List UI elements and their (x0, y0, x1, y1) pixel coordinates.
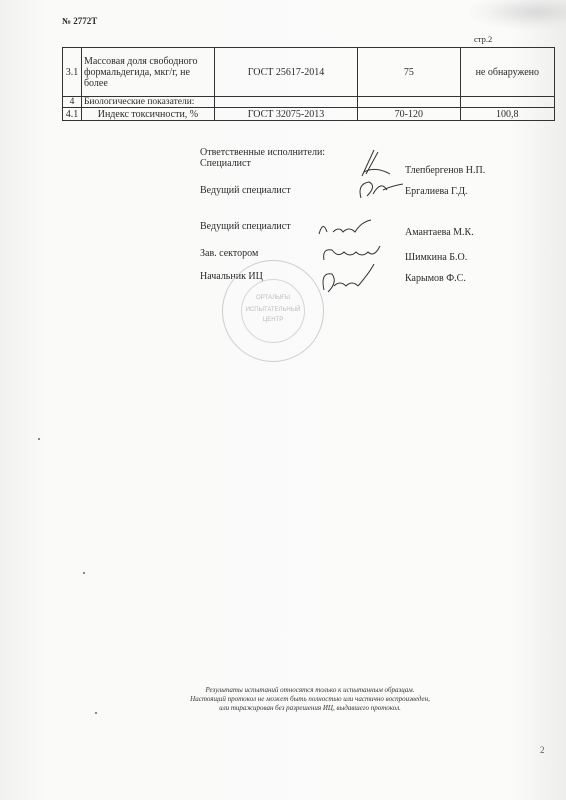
test-method: ГОСТ 25617-2014 (214, 48, 357, 97)
role-specialist: Специалист (200, 158, 251, 169)
test-method (214, 97, 357, 108)
norm-value: 70-120 (358, 108, 461, 121)
norm-value: 75 (358, 48, 461, 97)
result-value: 100,8 (460, 108, 554, 121)
scan-speck (38, 438, 40, 440)
page-number: 2 (540, 745, 545, 755)
disclaimer-line: Настоящий протокол не может быть полност… (160, 695, 460, 704)
page-reference: стр.2 (474, 34, 492, 44)
stamp-text: ОРТАЛЫҒЫ (223, 295, 323, 301)
name-shimkina: Шимкина Б.О. (405, 252, 467, 263)
disclaimer-line: Результаты испытаний относятся только к … (160, 686, 460, 695)
indicator-name: Индекс токсичности, % (81, 108, 214, 121)
name-tlepbergenov: Тлепбергенов Н.П. (405, 165, 485, 176)
table-row: 4 Биологические показатели: (63, 97, 555, 108)
role-sector-head: Зав. сектором (200, 248, 258, 259)
stamp-text: ИСПЫТАТЕЛЬНЫЙ (223, 307, 323, 313)
results-table: 3.1 Массовая доля свободного формальдеги… (62, 47, 555, 121)
row-number: 4.1 (63, 108, 82, 121)
disclaimer-line: или тиражирован без разрешения ИЦ, выдав… (160, 704, 460, 713)
signature-scribble (356, 146, 396, 178)
document-page: № 2772Т стр.2 3.1 Массовая доля свободно… (0, 0, 566, 800)
table-row: 3.1 Массовая доля свободного формальдеги… (63, 48, 555, 97)
signature-scribble (318, 262, 378, 296)
stamp-text: ЦЕНТР (223, 317, 323, 323)
signature-scribble (315, 218, 375, 238)
official-stamp: ОРТАЛЫҒЫ ИСПЫТАТЕЛЬНЫЙ ЦЕНТР (222, 260, 324, 362)
name-karymov: Карымов Ф.С. (405, 273, 466, 284)
scan-speck (83, 572, 85, 574)
scan-smudge (470, 0, 566, 30)
indicator-name: Биологические показатели: (81, 97, 214, 108)
result-value (460, 97, 554, 108)
document-number: № 2772Т (62, 16, 97, 26)
norm-value (358, 97, 461, 108)
test-method: ГОСТ 32075-2013 (214, 108, 357, 121)
role-lead-specialist: Ведущий специалист (200, 185, 291, 196)
row-number: 3.1 (63, 48, 82, 97)
indicator-name: Массовая доля свободного формальдегида, … (81, 48, 214, 97)
name-amantaeva: Амантаева М.К. (405, 227, 474, 238)
name-ergalieva: Ергалиева Г.Д. (405, 186, 468, 197)
table-row: 4.1 Индекс токсичности, % ГОСТ 32075-201… (63, 108, 555, 121)
responsible-heading: Ответственные исполнители: (200, 147, 325, 158)
result-value: не обнаружено (460, 48, 554, 97)
scan-speck (95, 712, 97, 714)
signature-scribble (355, 176, 405, 202)
role-lead-specialist: Ведущий специалист (200, 221, 291, 232)
row-number: 4 (63, 97, 82, 108)
disclaimer: Результаты испытаний относятся только к … (160, 686, 460, 713)
